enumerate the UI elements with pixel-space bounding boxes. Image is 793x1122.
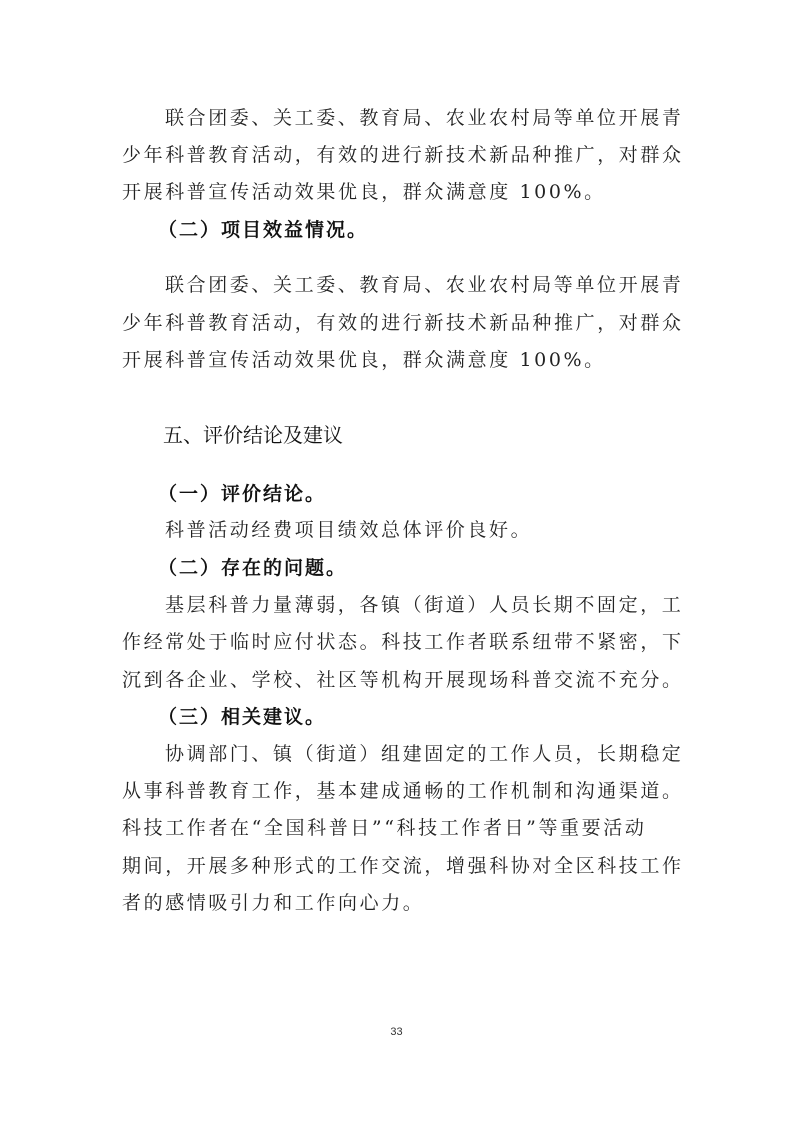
paragraph-line: 基层科普力量薄弱，各镇（街道）人员长期不固定，工 — [165, 592, 725, 618]
subheading-problems: （二）存在的问题。 — [158, 555, 347, 581]
paragraph-line: 开展科普宣传活动效果优良，群众满意度 100%。 — [122, 179, 682, 205]
paragraph-line: 作经常处于临时应付状态。科技工作者联系纽带不紧密，下 — [122, 629, 682, 655]
paragraph-line: 开展科普宣传活动效果优良，群众满意度 100%。 — [122, 347, 682, 373]
paragraph-line: 期间，开展多种形式的工作交流，增强科协对全区科技工作 — [122, 853, 682, 879]
paragraph-line: 者的感情吸引力和工作向心力。 — [122, 890, 682, 916]
paragraph-line: 联合团委、关工委、教育局、农业农村局等单位开展青 — [165, 272, 725, 298]
subheading-conclusion: （一）评价结论。 — [158, 481, 326, 507]
subheading-suggestions: （三）相关建议。 — [158, 704, 326, 730]
paragraph-line: 科普活动经费项目绩效总体评价良好。 — [165, 517, 725, 543]
paragraph-line: 沉到各企业、学校、社区等机构开展现场科普交流不充分。 — [122, 667, 682, 693]
paragraph-line: 从事科普教育工作，基本建成通畅的工作机制和沟通渠道。 — [122, 778, 682, 804]
page-number: 33 — [0, 1026, 793, 1038]
section-heading-evaluation: 五、评价结论及建议 — [163, 422, 343, 448]
paragraph-line: 少年科普教育活动，有效的进行新技术新品种推广，对群众 — [122, 310, 682, 336]
document-page: 联合团委、关工委、教育局、农业农村局等单位开展青 少年科普教育活动，有效的进行新… — [0, 0, 793, 1122]
subheading-project-benefits: （二）项目效益情况。 — [158, 217, 368, 243]
paragraph-line: 联合团委、关工委、教育局、农业农村局等单位开展青 — [165, 105, 725, 131]
paragraph-line: 协调部门、镇（街道）组建固定的工作人员，长期稳定 — [165, 741, 725, 767]
paragraph-line: 少年科普教育活动，有效的进行新技术新品种推广，对群众 — [122, 142, 682, 168]
paragraph-line: 科技工作者在“全国科普日”“科技工作者日”等重要活动 — [122, 815, 682, 841]
